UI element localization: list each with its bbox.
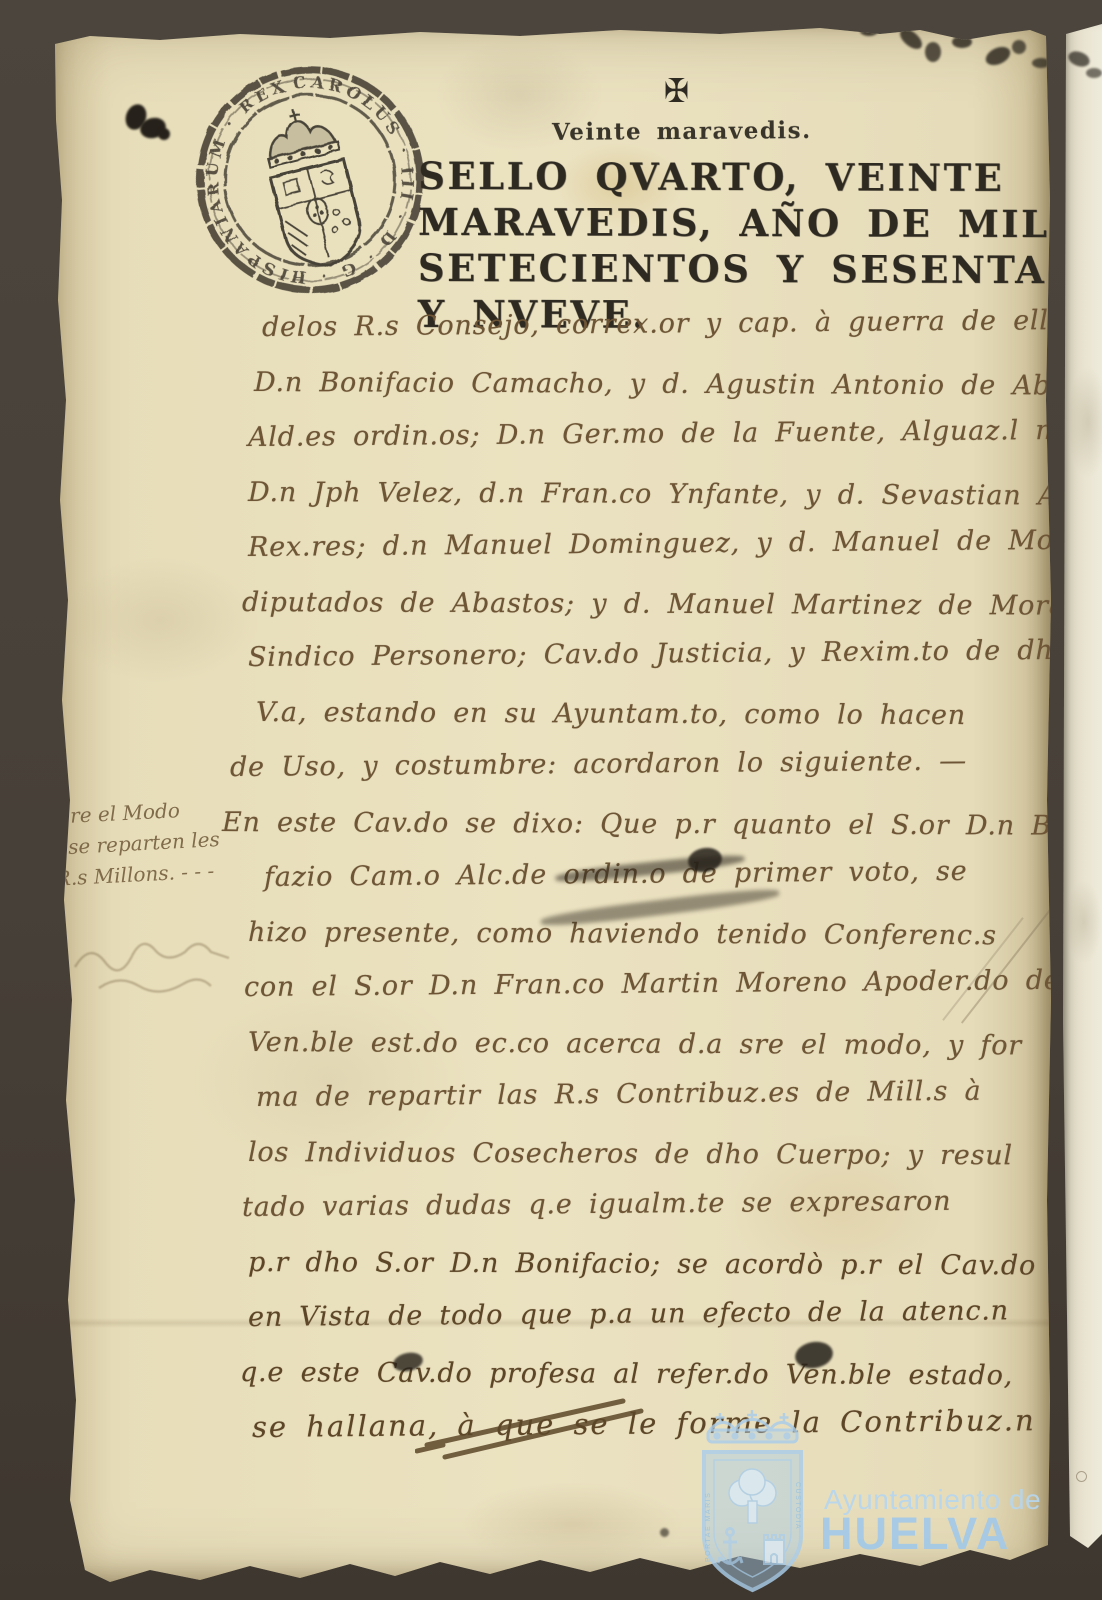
manuscript-line: Sindico Personero; Cav.do Justicia, y Re…	[248, 623, 1058, 685]
ink-blot	[983, 43, 1013, 68]
stamp-duty-label: Veinte maravedis.	[552, 117, 812, 146]
manuscript-line: con el S.or D.n Fran.co Martin Moreno Ap…	[244, 953, 1058, 1015]
manuscript-line: en Vista de todo que p.a un efecto de la…	[248, 1283, 1058, 1345]
seal-crown-icon	[257, 100, 339, 167]
ink-bleed-through	[70, 925, 300, 1015]
ink-blot	[1012, 40, 1026, 54]
scanned-manuscript: CAROLUS · III · D · G · HISPANIARUM · RE…	[0, 0, 1102, 1600]
manuscript-line: ma de repartir las R.s Contribuz.es de M…	[256, 1063, 1058, 1125]
ink-blot	[897, 25, 926, 52]
heading-line: SELLO QVARTO, VEINTE	[418, 153, 1050, 201]
ink-blot	[660, 1528, 669, 1537]
cross-stamp-icon: ✠	[664, 72, 689, 111]
document-page: CAROLUS · III · D · G · HISPANIARUM · RE…	[52, 24, 1052, 1586]
watermark-city-label: HUELVA	[820, 1508, 1010, 1560]
manuscript-line: delos R.s Consejo, correx.or y cap. à gu…	[262, 293, 1058, 355]
ink-blot	[1086, 68, 1102, 78]
huelva-watermark: PORTAE MARIS CUSTODIA Ayuntamiento de HU…	[690, 1400, 1050, 1600]
manuscript-line: Rex.res; d.n Manuel Dominguez, y d. Manu…	[248, 513, 1058, 575]
manuscript-line: Ald.es ordin.os; D.n Ger.mo de la Fuente…	[248, 403, 1058, 465]
ink-blot	[158, 128, 170, 140]
paper-crease	[52, 1318, 1052, 1328]
shield-motto-right: CUSTODIA	[794, 1482, 801, 1530]
gutter-mark	[1076, 1471, 1087, 1482]
heading-line: SETECIENTOS Y SESENTA	[418, 245, 1050, 293]
shield-motto-left: PORTAE MARIS	[705, 1492, 712, 1562]
ink-blot	[1032, 58, 1050, 68]
manuscript-line: fazio Cam.o Alc.de ordin.o de primer vot…	[264, 843, 1058, 905]
huelva-shield-icon: PORTAE MARIS CUSTODIA	[690, 1400, 815, 1600]
manuscript-body: delos R.s Consejo, correx.or y cap. à gu…	[248, 300, 1058, 1455]
closing-flourish	[415, 1385, 655, 1465]
adjacent-page-edge	[1058, 22, 1102, 1556]
heading-line: MARAVEDIS, AÑO DE MIL	[418, 199, 1050, 247]
manuscript-line: de Uso, y costumbre: acordaron lo siguie…	[230, 733, 1058, 795]
ink-blot	[925, 42, 941, 62]
ink-blot	[860, 26, 878, 36]
ink-blot	[952, 36, 972, 48]
royal-seal-stamp: CAROLUS · III · D · G · HISPANIARUM · RE…	[158, 28, 461, 331]
manuscript-line: tado varias dudas q.e igualm.te se expre…	[242, 1173, 1058, 1235]
